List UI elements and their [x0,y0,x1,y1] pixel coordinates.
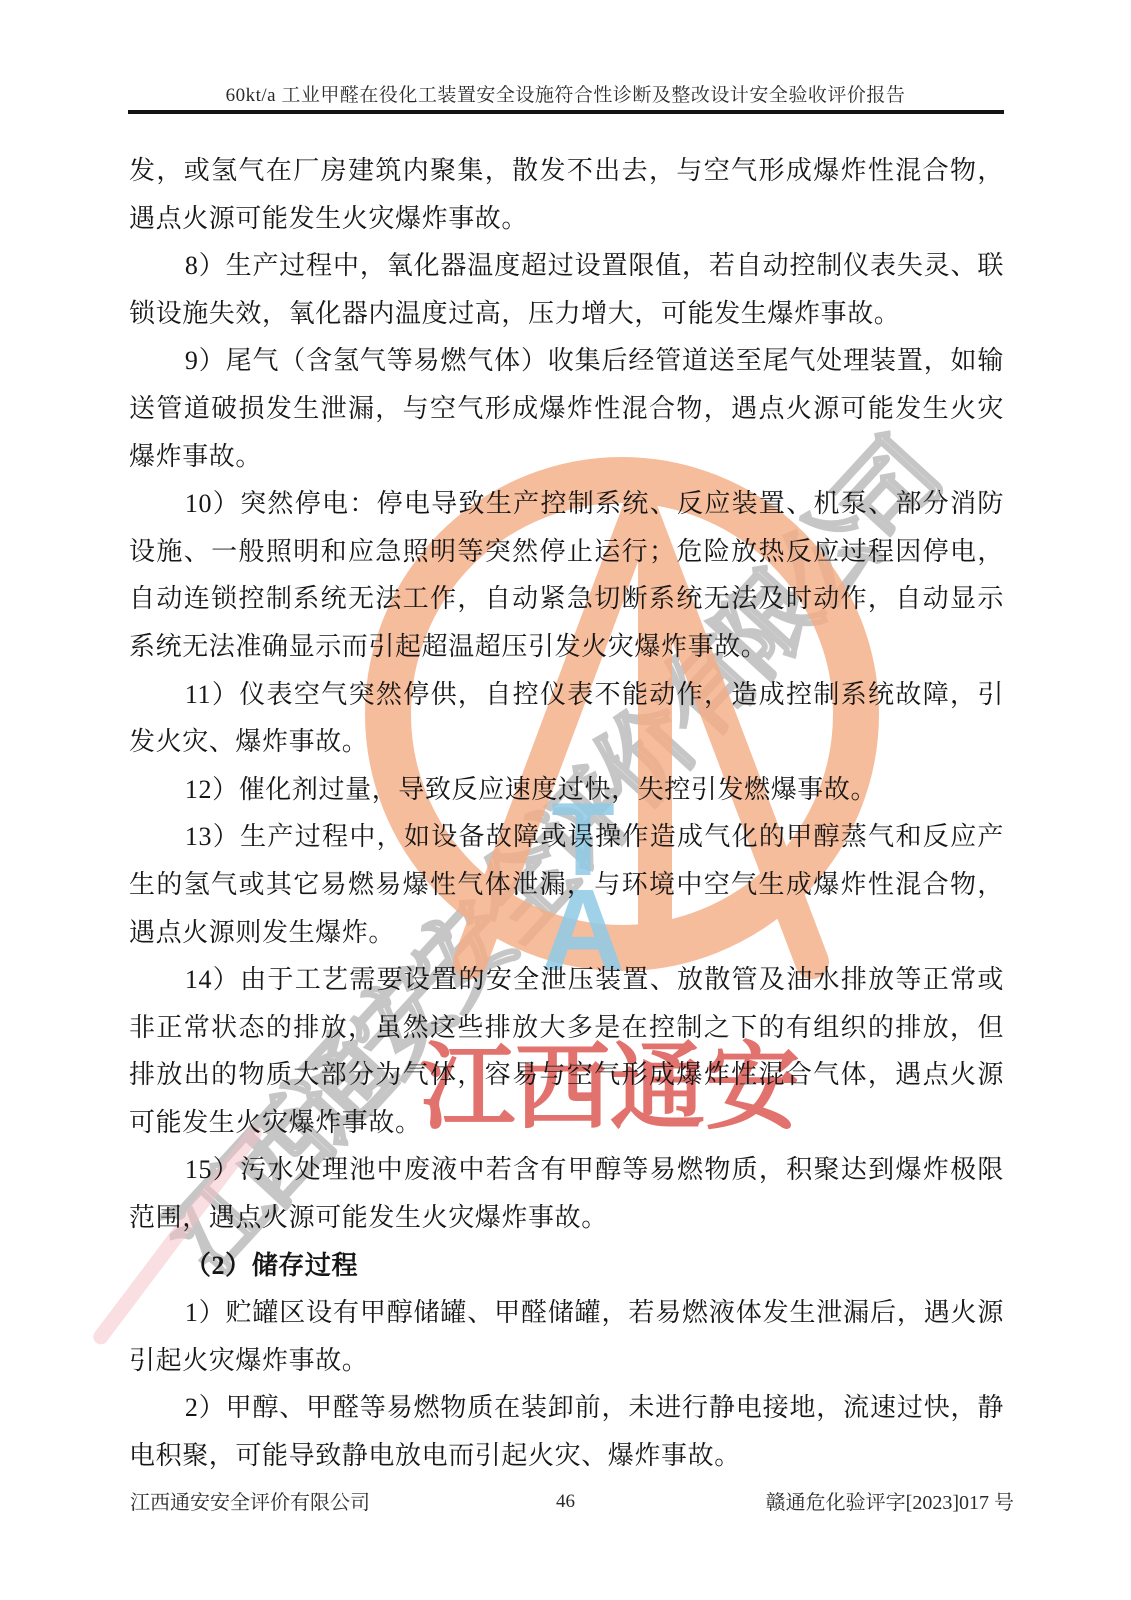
document-page: 江西通安安全评价有限公司 T A 江西通安 60kt/a 工业甲醛在役化工装置安… [0,0,1131,1600]
paragraph: 11）仪表空气突然停供，自控仪表不能动作，造成控制系统故障，引发火灾、爆炸事故。 [129,671,1004,766]
body-text: 发，或氢气在厂房建筑内聚集，散发不出去，与空气形成爆炸性混合物，遇点火源可能发生… [129,147,1004,1480]
paragraph: 10）突然停电：停电导致生产控制系统、反应装置、机泵、部分消防设施、一般照明和应… [129,480,1004,670]
paragraph: 14）由于工艺需要设置的安全泄压装置、放散管及油水排放等正常或非正常状态的排放，… [129,956,1004,1146]
paragraph: 15）污水处理池中废液中若含有甲醇等易燃物质，积聚达到爆炸极限范围，遇点火源可能… [129,1146,1004,1241]
paragraph: 1）贮罐区设有甲醇储罐、甲醛储罐，若易燃液体发生泄漏后，遇火源引起火灾爆炸事故。 [129,1289,1004,1384]
paragraph: 8）生产过程中，氧化器温度超过设置限值，若自动控制仪表失灵、联锁设施失效，氧化器… [129,242,1004,337]
paragraph: 13）生产过程中，如设备故障或误操作造成气化的甲醇蒸气和反应产生的氢气或其它易燃… [129,813,1004,956]
footer-document-number: 赣通危化验评字[2023]017 号 [766,1486,1014,1515]
paragraph: 12）催化剂过量，导致反应速度过快，失控引发燃爆事故。 [129,766,1004,814]
paragraph: 发，或氢气在厂房建筑内聚集，散发不出去，与空气形成爆炸性混合物，遇点火源可能发生… [129,147,1004,242]
paragraph: 9）尾气（含氢气等易燃气体）收集后经管道送至尾气处理装置，如输送管道破损发生泄漏… [129,337,1004,480]
paragraph: 2）甲醇、甲醛等易燃物质在装卸前，未进行静电接地，流速过快，静电积聚，可能导致静… [129,1384,1004,1479]
paragraph: （2）储存过程 [129,1242,1004,1290]
